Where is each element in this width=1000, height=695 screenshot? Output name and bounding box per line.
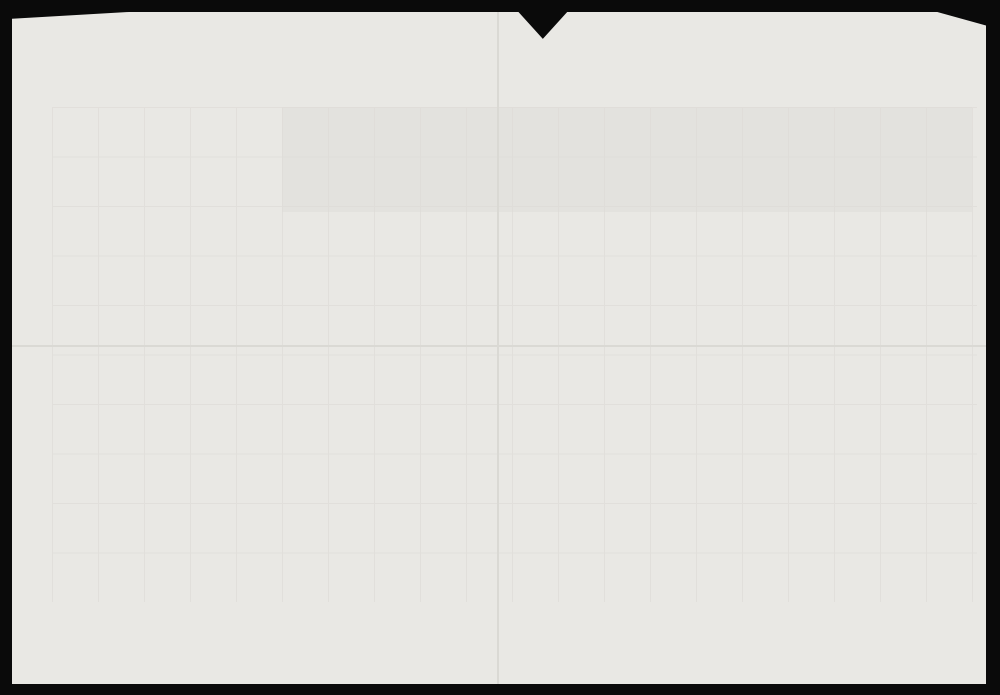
- paper-sheet: [12, 12, 986, 684]
- horizontal-fold-line: [12, 345, 986, 347]
- vertical-fold-line: [497, 12, 499, 684]
- stamp-grid-showthrough: [52, 107, 977, 602]
